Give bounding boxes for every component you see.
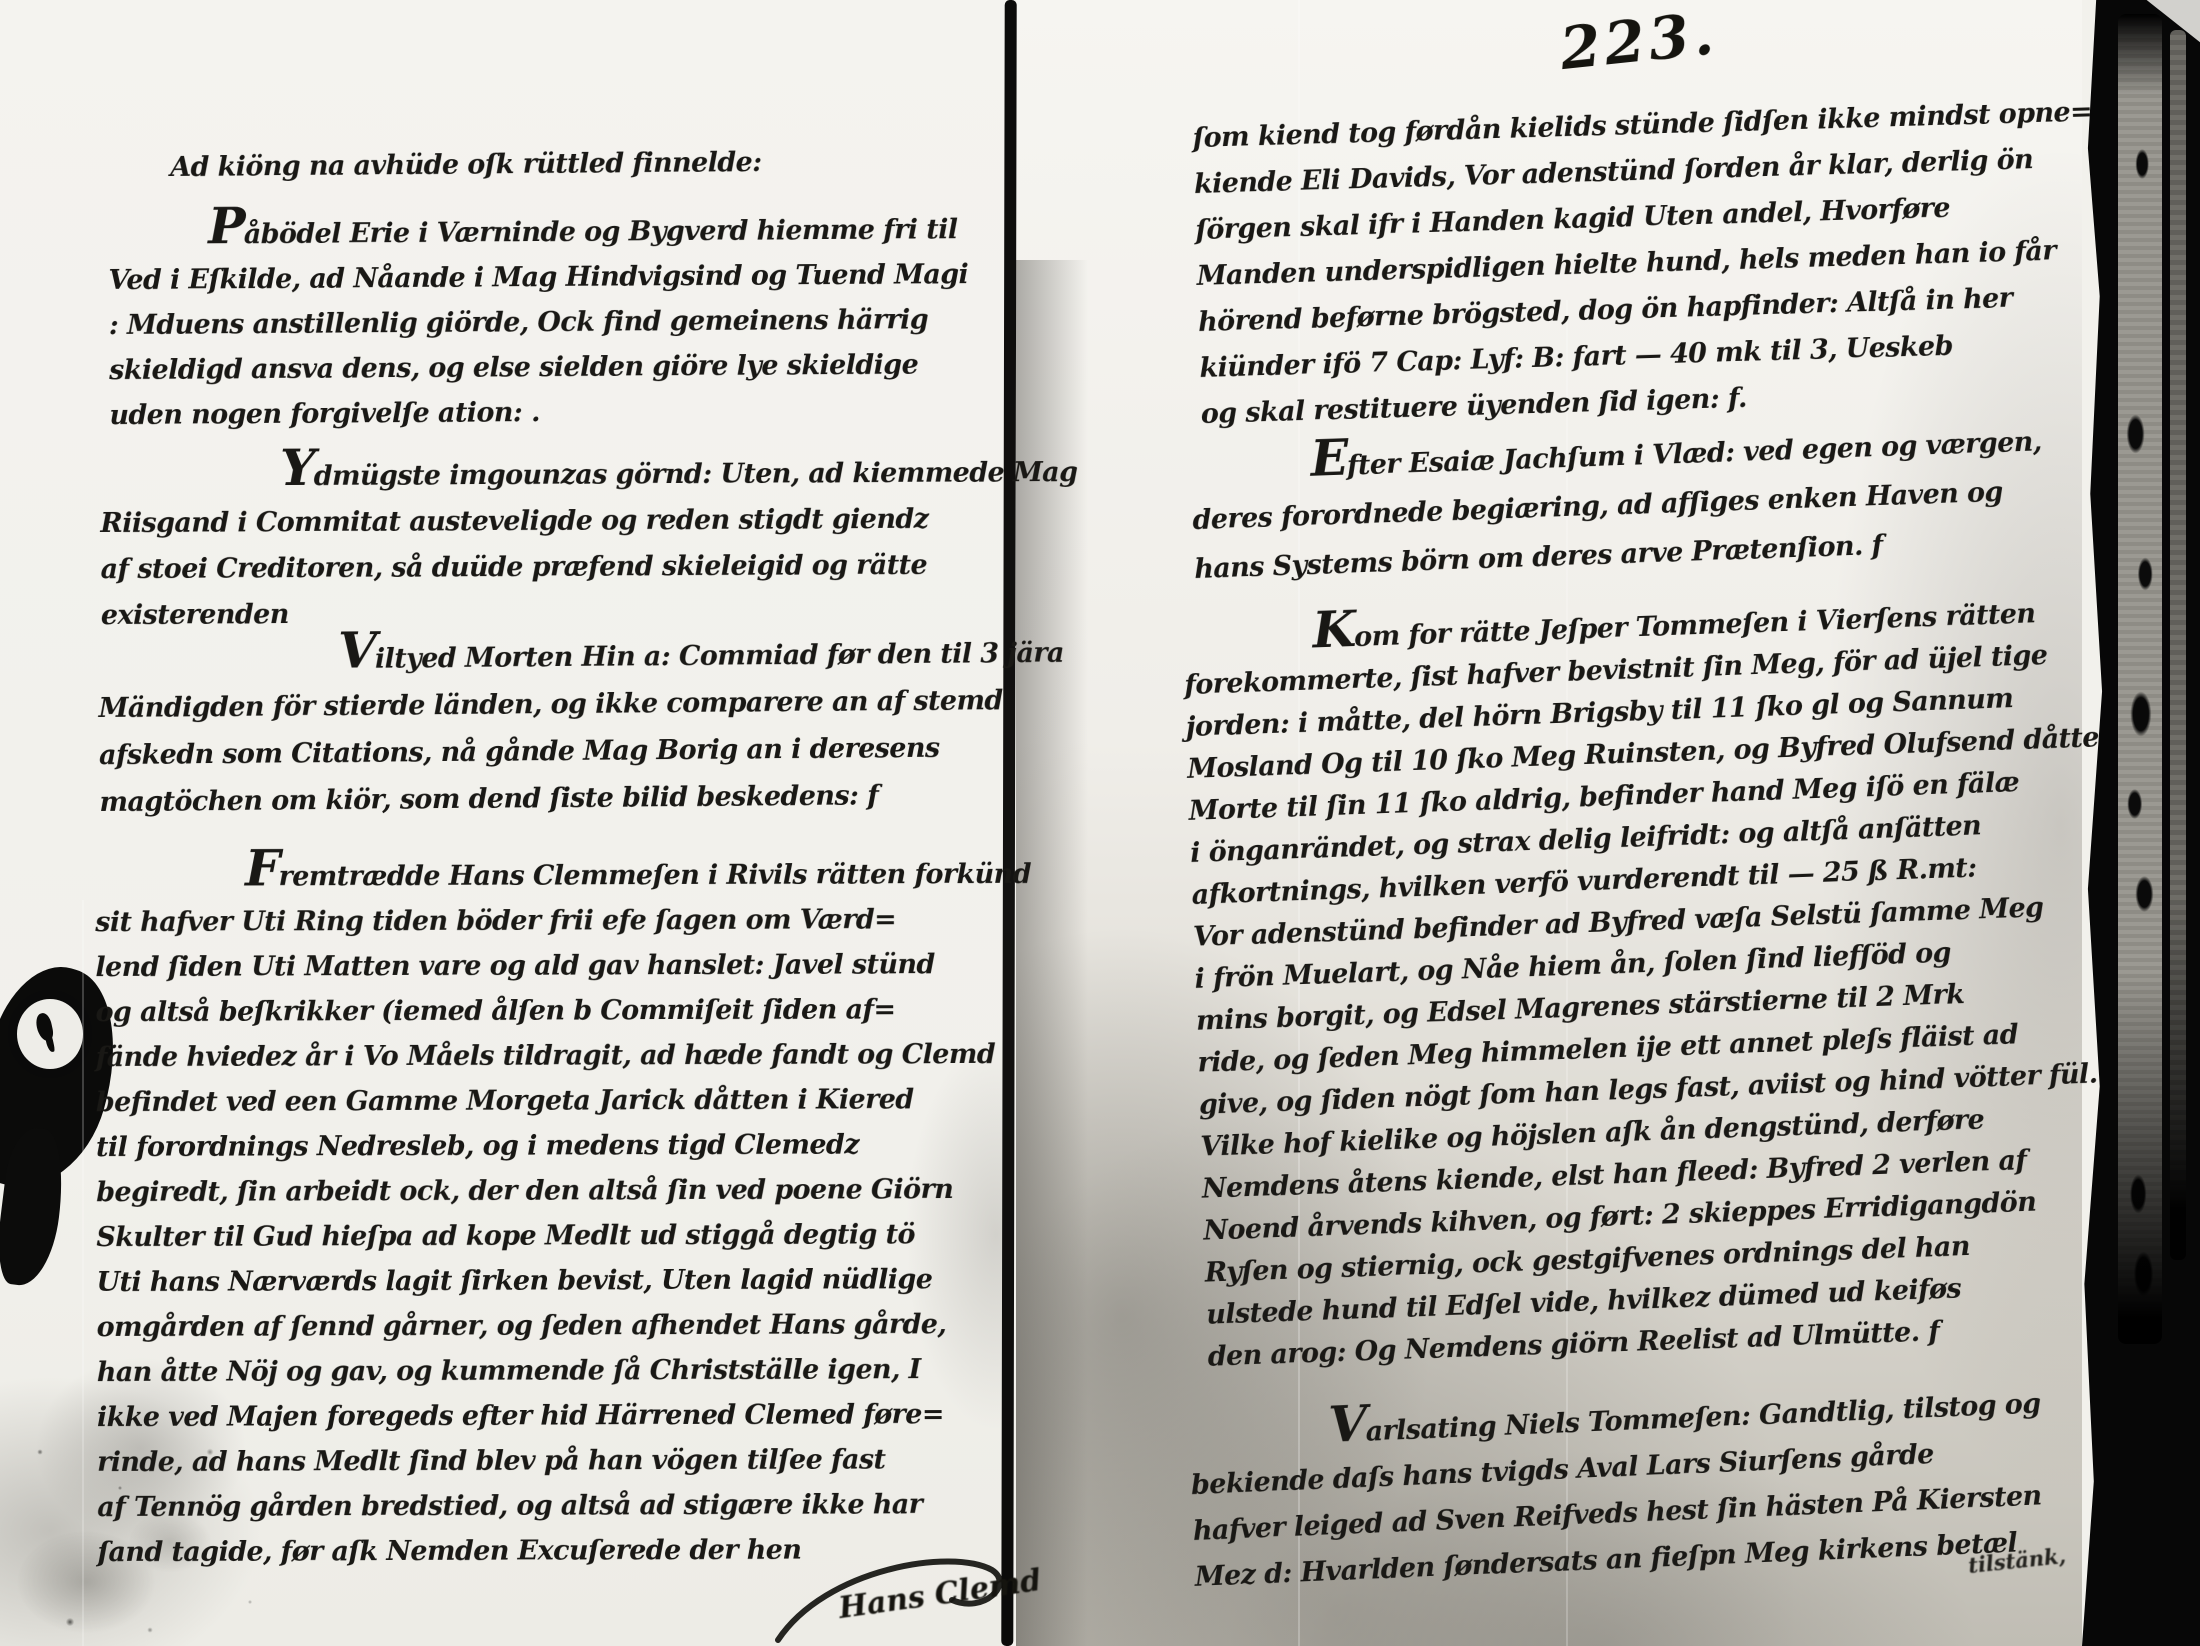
paragraph-left-2: Ydmügste imgounzas görnd: Uten, ad kiemm…: [100, 447, 1078, 639]
text-line: Skulter til Gud hieſpa ad kope Medlt ud …: [96, 1212, 1032, 1260]
paragraph-right-2: Efter Esaiæ Jachſum i Vlæd: ved egen og …: [1190, 416, 2046, 594]
text-line: rinde, ad hans Medlt ſind blev på han vö…: [97, 1437, 1033, 1485]
text-line: : Mduens anstillenlig giörde, Ock find g…: [109, 297, 969, 348]
text-line: Viltyed Morten Hin a: Commiad før den ti…: [98, 628, 1064, 685]
scratch-line: [82, 900, 84, 1646]
text-line: sit hafver Uti Ring tiden böder frii efe…: [95, 897, 1031, 945]
text-line: skieldigd ansva dens, og else sielden gi…: [109, 342, 969, 393]
manuscript-scan: 223. Ad kiöng na avhüde oſk rüttled finn…: [0, 0, 2200, 1646]
text-line: Ved i Eſkilde, ad Nåande i Mag Hindvigsi…: [108, 252, 968, 303]
paragraph-left-1: Påbödel Erie i Værninde og Bygverd hiemm…: [108, 204, 969, 438]
text-line: Ad kiöng na avhüde oſk rüttled finnelde:: [170, 141, 762, 190]
paragraph-right-3: Kom for rätte Jeſper Tommeſen i Vierſens…: [1182, 586, 2120, 1378]
paragraph-left-4: Fremtrædde Hans Clemmeſen i Rivils rätte…: [95, 849, 1033, 1575]
text-line: begiredt, ſin arbeidt ock, der den altså…: [96, 1167, 1032, 1215]
text-line: til forordnings Nedresleb, og i medens t…: [96, 1122, 1032, 1170]
paragraph-left-3: Viltyed Morten Hin a: Commiad før den ti…: [98, 628, 1065, 826]
text-line: afskedn som Citations, nå gånde Mag Bori…: [99, 724, 1065, 779]
page-number: 223.: [1557, 4, 1719, 78]
paragraph-right-1: ſom kiend tog førdån kielids stünde ſidſ…: [1192, 89, 2101, 438]
text-line: Uti hans Nærværds lagit ſirken bevist, U…: [96, 1257, 1032, 1305]
text-line: han åtte Nöj og gav, og kummende ſå Chri…: [97, 1347, 1033, 1395]
text-line: fände hviedez år i Vo Måels tildragit, a…: [96, 1032, 1032, 1080]
text-line: af Tennög gården bredstied, og altså ad …: [97, 1482, 1033, 1530]
binding-pages-strip-thin: [2170, 30, 2186, 1260]
paragraph-right-4: Varlsating Niels Tommeſen: Gandtlig, til…: [1188, 1378, 2047, 1601]
text-line: lend ſiden Uti Matten vare og ald gav ha…: [95, 942, 1031, 990]
paragraph-left-heading: Ad kiöng na avhüde oſk rüttled finnelde:: [170, 141, 762, 190]
text-line: magtöchen om kiör, som dend ſiste bilid …: [99, 771, 1065, 826]
text-line: omgården af ſennd gårner, og ſeden afhen…: [97, 1302, 1033, 1350]
text-line: af stoei Creditoren, så duüde præfend sk…: [100, 542, 1077, 593]
ring-stamp-mark: [8, 990, 92, 1078]
text-line: Fremtrædde Hans Clemmeſen i Rivils rätte…: [95, 849, 1031, 900]
text-line: Ydmügste imgounzas görnd: Uten, ad kiemm…: [100, 447, 1077, 501]
text-line: ikke ved Majen foregeds efter hid Härren…: [97, 1392, 1033, 1440]
text-line: uden nogen forgivelſe ation: .: [109, 387, 969, 438]
binding-pages-strip: [2118, 14, 2162, 1344]
text-line: befindet ved een Gamme Morgeta Jarick då…: [96, 1077, 1032, 1125]
text-line: og altså beſkrikker (iemed ålſen b Commi…: [95, 987, 1031, 1035]
text-line: Påbödel Erie i Værninde og Bygverd hiemm…: [108, 204, 968, 258]
text-line: Riisgand i Commitat austeveligde og rede…: [100, 496, 1077, 547]
text-line: Mändigden för stierde länden, og ikke co…: [98, 677, 1064, 732]
